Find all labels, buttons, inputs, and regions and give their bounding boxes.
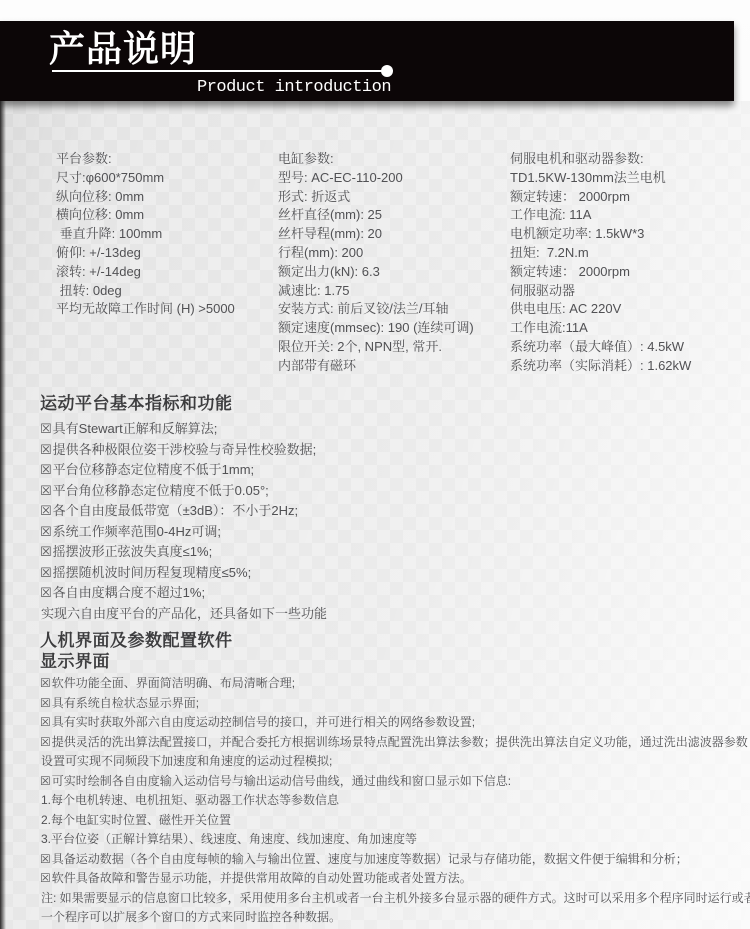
list-item: ☒平台位移静态定位精度不低于1mm; xyxy=(40,460,740,481)
list-item: ☒各个自由度最低带宽（±3dB）：不小于2Hz; xyxy=(40,501,740,522)
list-item-text: 平台角位移静态定位精度不低于0.05°; xyxy=(53,483,269,498)
list-item-text: 实现六自由度平台的产品化，还具备如下一些功能 xyxy=(41,606,327,621)
spec-column-servo: 伺服电机和驱动器参数: TD1.5KW-130mm法兰电机额定转速： 2000r… xyxy=(510,150,738,376)
checkbox-checked-icon: ☒ xyxy=(40,715,51,729)
checkbox-checked-icon: ☒ xyxy=(40,676,51,690)
list-item: ☒具有系统自检状态显示界面; xyxy=(40,694,746,714)
checkbox-checked-icon: ☒ xyxy=(40,735,51,749)
spec-row: 扭转: 0deg xyxy=(56,282,264,301)
page-subtitle: Product introduction xyxy=(197,78,391,97)
list-item-text: 具有系统自检状态显示界面; xyxy=(52,696,199,710)
list-item-text: 摇摆波形正弦波失真度≤1%; xyxy=(53,544,213,559)
list-item: ☒系统工作频率范围0-4Hz可调; xyxy=(40,522,740,543)
list-item: ☒摇摆波形正弦波失真度≤1%; xyxy=(40,542,740,563)
checkbox-checked-icon: ☒ xyxy=(40,462,52,477)
list-item: ☒具备运动数据（各个自由度每帧的输入与输出位置、速度与加速度等数据）记录与存储功… xyxy=(40,850,746,870)
spec-row: 额定速度(mmsec): 190 (连续可调) xyxy=(278,319,496,338)
list-item-text: 具有Stewart正解和反解算法; xyxy=(53,421,218,436)
spec-row: 型号: AC-EC-110-200 xyxy=(278,169,496,188)
list-item: ☒具有实时获取外部六自由度运动控制信号的接口，并可进行相关的网络参数设置; xyxy=(40,713,746,733)
list-item-text: 2.每个电缸实时位置、磁性开关位置 xyxy=(41,813,231,827)
list-item-text: 软件功能全面、界面简洁明确、布局清晰合理; xyxy=(52,676,295,690)
feature-checklist: ☒软件功能全面、界面简洁明确、布局清晰合理; ☒具有系统自检状态显示界面; ☒具… xyxy=(40,674,746,928)
list-item-text: 1.每个电机转速、电机扭矩、驱动器工作状态等参数信息 xyxy=(41,793,339,807)
section-subtitle: 显示界面 xyxy=(40,651,746,672)
spec-column-cylinder: 电缸参数: 型号: AC-EC-110-200形式: 折返式丝杆直径(mm): … xyxy=(278,150,496,376)
list-item-text: 可实时绘制各自由度输入运动信号与输出运动信号曲线，通过曲线和窗口显示如下信息: xyxy=(52,774,511,788)
spec-row: 额定转速： 2000rpm xyxy=(510,188,738,207)
spec-row: 额定出力(kN): 6.3 xyxy=(278,263,496,282)
list-item-text: 具有实时获取外部六自由度运动控制信号的接口，并可进行相关的网络参数设置; xyxy=(52,715,475,729)
list-item-text: 具备运动数据（各个自由度每帧的输入与输出位置、速度与加速度等数据）记录与存储功能… xyxy=(52,852,688,866)
checkbox-checked-icon: ☒ xyxy=(40,421,52,436)
spec-row: 供电电压: AC 220V xyxy=(510,300,738,319)
checkbox-checked-icon: ☒ xyxy=(40,565,52,580)
spec-row: 行程(mm): 200 xyxy=(278,244,496,263)
list-item: ☒提供灵活的洗出算法配置接口，并配合委托方根据训练场景特点配置洗出算法参数；提供… xyxy=(40,733,746,753)
checkbox-checked-icon: ☒ xyxy=(40,871,51,885)
list-item: ☒各自由度耦合度不超过1%; xyxy=(40,583,740,604)
list-item: 注: 如果需要显示的信息窗口比较多，采用使用多台主机或者一台主机外接多台显示器的… xyxy=(40,889,746,909)
list-item: 2.每个电缸实时位置、磁性开关位置 xyxy=(40,811,746,831)
checkbox-checked-icon: ☒ xyxy=(40,585,52,600)
list-item: ☒可实时绘制各自由度输入运动信号与输出运动信号曲线，通过曲线和窗口显示如下信息: xyxy=(40,772,746,792)
page: 产品说明 Product introduction 平台参数: 尺寸:φ600*… xyxy=(0,0,750,929)
list-item: 实现六自由度平台的产品化，还具备如下一些功能 xyxy=(40,604,740,625)
list-item: ☒摇摆随机波时间历程复现精度≤5%; xyxy=(40,563,740,584)
checkbox-checked-icon: ☒ xyxy=(40,442,52,457)
list-item: ☒平台角位移静态定位精度不低于0.05°; xyxy=(40,481,740,502)
list-item: 设置可实现不同频段下加速度和角速度的运动过程模拟; xyxy=(40,752,746,772)
spec-row: 扭矩: 7.2N.m xyxy=(510,244,738,263)
list-item-text: 提供各种极限位姿干涉校验与奇异性校验数据; xyxy=(53,442,317,457)
spec-row: 工作电流: 11A xyxy=(510,206,738,225)
list-item: 1.每个电机转速、电机扭矩、驱动器工作状态等参数信息 xyxy=(40,791,746,811)
header-banner: 产品说明 Product introduction xyxy=(0,21,734,101)
list-item-text: 设置可实现不同频段下加速度和角速度的运动过程模拟; xyxy=(41,754,332,768)
list-item-text: 一个程序可以扩展多个窗口的方式来同时监控各种数据。 xyxy=(41,910,341,924)
spec-row: 限位开关: 2个, NPN型, 常开. xyxy=(278,338,496,357)
spec-row: 安装方式: 前后叉铰/法兰/耳轴 xyxy=(278,300,496,319)
spec-row: 俯仰: +/-13deg xyxy=(56,244,264,263)
spec-row: 形式: 折返式 xyxy=(278,188,496,207)
page-title: 产品说明 xyxy=(49,27,197,71)
spec-rows: 尺寸:φ600*750mm纵向位移: 0mm横向位移: 0mm 垂直升降: 10… xyxy=(56,169,264,319)
list-item-text: 注: 如果需要显示的信息窗口比较多，采用使用多台主机或者一台主机外接多台显示器的… xyxy=(41,891,750,905)
checkbox-checked-icon: ☒ xyxy=(40,503,52,518)
checkbox-checked-icon: ☒ xyxy=(40,483,52,498)
spec-row: 系统功率（实际消耗）: 1.62kW xyxy=(510,357,738,376)
spec-rows: TD1.5KW-130mm法兰电机额定转速： 2000rpm工作电流: 11A电… xyxy=(510,169,738,376)
list-item-text: 软件具备故障和警告显示功能，并提供常用故障的自动处置功能或者处置方法。 xyxy=(52,871,472,885)
list-item: 一个程序可以扩展多个窗口的方式来同时监控各种数据。 xyxy=(40,908,746,928)
list-item-text: 平台位移静态定位精度不低于1mm; xyxy=(53,462,255,477)
spec-columns: 平台参数: 尺寸:φ600*750mm纵向位移: 0mm横向位移: 0mm 垂直… xyxy=(0,150,750,376)
checkbox-checked-icon: ☒ xyxy=(40,852,51,866)
spec-row: 垂直升降: 100mm xyxy=(56,225,264,244)
spec-row: 内部带有磁环 xyxy=(278,357,496,376)
spec-row: 尺寸:φ600*750mm xyxy=(56,169,264,188)
list-item: ☒软件功能全面、界面简洁明确、布局清晰合理; xyxy=(40,674,746,694)
spec-row: 伺服驱动器 xyxy=(510,282,738,301)
spec-column-title: 伺服电机和驱动器参数: xyxy=(510,150,738,169)
spec-row: 丝杆导程(mm): 20 xyxy=(278,225,496,244)
title-underline-dot-icon xyxy=(381,65,393,77)
spec-row: 横向位移: 0mm xyxy=(56,206,264,225)
section-platform-features: 运动平台基本指标和功能 ☒具有Stewart正解和反解算法; ☒提供各种极限位姿… xyxy=(40,393,740,624)
spec-column-platform: 平台参数: 尺寸:φ600*750mm纵向位移: 0mm横向位移: 0mm 垂直… xyxy=(56,150,264,376)
list-item-text: 摇摆随机波时间历程复现精度≤5%; xyxy=(53,565,252,580)
list-item-text: 各个自由度最低带宽（±3dB）：不小于2Hz; xyxy=(53,503,299,518)
section-title: 人机界面及参数配置软件 xyxy=(40,630,746,651)
feature-checklist: ☒具有Stewart正解和反解算法; ☒提供各种极限位姿干涉校验与奇异性校验数据… xyxy=(40,419,740,624)
spec-row: 滚转: +/-14deg xyxy=(56,263,264,282)
spec-row: 工作电流:11A xyxy=(510,319,738,338)
spec-column-title: 电缸参数: xyxy=(278,150,496,169)
spec-row: TD1.5KW-130mm法兰电机 xyxy=(510,169,738,188)
spec-rows: 型号: AC-EC-110-200形式: 折返式丝杆直径(mm): 25丝杆导程… xyxy=(278,169,496,376)
list-item-text: 3.平台位姿（正解计算结果）、线速度、角速度、线加速度、角加速度等 xyxy=(41,832,417,846)
spec-row: 额定转速： 2000rpm xyxy=(510,263,738,282)
spec-row: 系统功率（最大峰值）: 4.5kW xyxy=(510,338,738,357)
list-item-text: 各自由度耦合度不超过1%; xyxy=(53,585,205,600)
list-item-text: 系统工作频率范围0-4Hz可调; xyxy=(53,524,221,539)
list-item-text: 提供灵活的洗出算法配置接口，并配合委托方根据训练场景特点配置洗出算法参数；提供洗… xyxy=(52,735,748,749)
list-item: ☒提供各种极限位姿干涉校验与奇异性校验数据; xyxy=(40,440,740,461)
spec-row: 电机额定功率: 1.5kW*3 xyxy=(510,225,738,244)
list-item: ☒具有Stewart正解和反解算法; xyxy=(40,419,740,440)
checkbox-checked-icon: ☒ xyxy=(40,774,51,788)
title-underline xyxy=(52,70,382,72)
checkbox-checked-icon: ☒ xyxy=(40,524,52,539)
checkbox-checked-icon: ☒ xyxy=(40,696,51,710)
spec-row: 减速比: 1.75 xyxy=(278,282,496,301)
spec-row: 纵向位移: 0mm xyxy=(56,188,264,207)
spec-column-title: 平台参数: xyxy=(56,150,264,169)
section-hmi-software: 人机界面及参数配置软件 显示界面 ☒软件功能全面、界面简洁明确、布局清晰合理; … xyxy=(40,630,746,928)
spec-row: 平均无故障工作时间 (H) >5000 xyxy=(56,300,264,319)
spec-row: 丝杆直径(mm): 25 xyxy=(278,206,496,225)
list-item: 3.平台位姿（正解计算结果）、线速度、角速度、线加速度、角加速度等 xyxy=(40,830,746,850)
section-title: 运动平台基本指标和功能 xyxy=(40,393,740,414)
checkbox-checked-icon: ☒ xyxy=(40,544,52,559)
list-item: ☒软件具备故障和警告显示功能，并提供常用故障的自动处置功能或者处置方法。 xyxy=(40,869,746,889)
